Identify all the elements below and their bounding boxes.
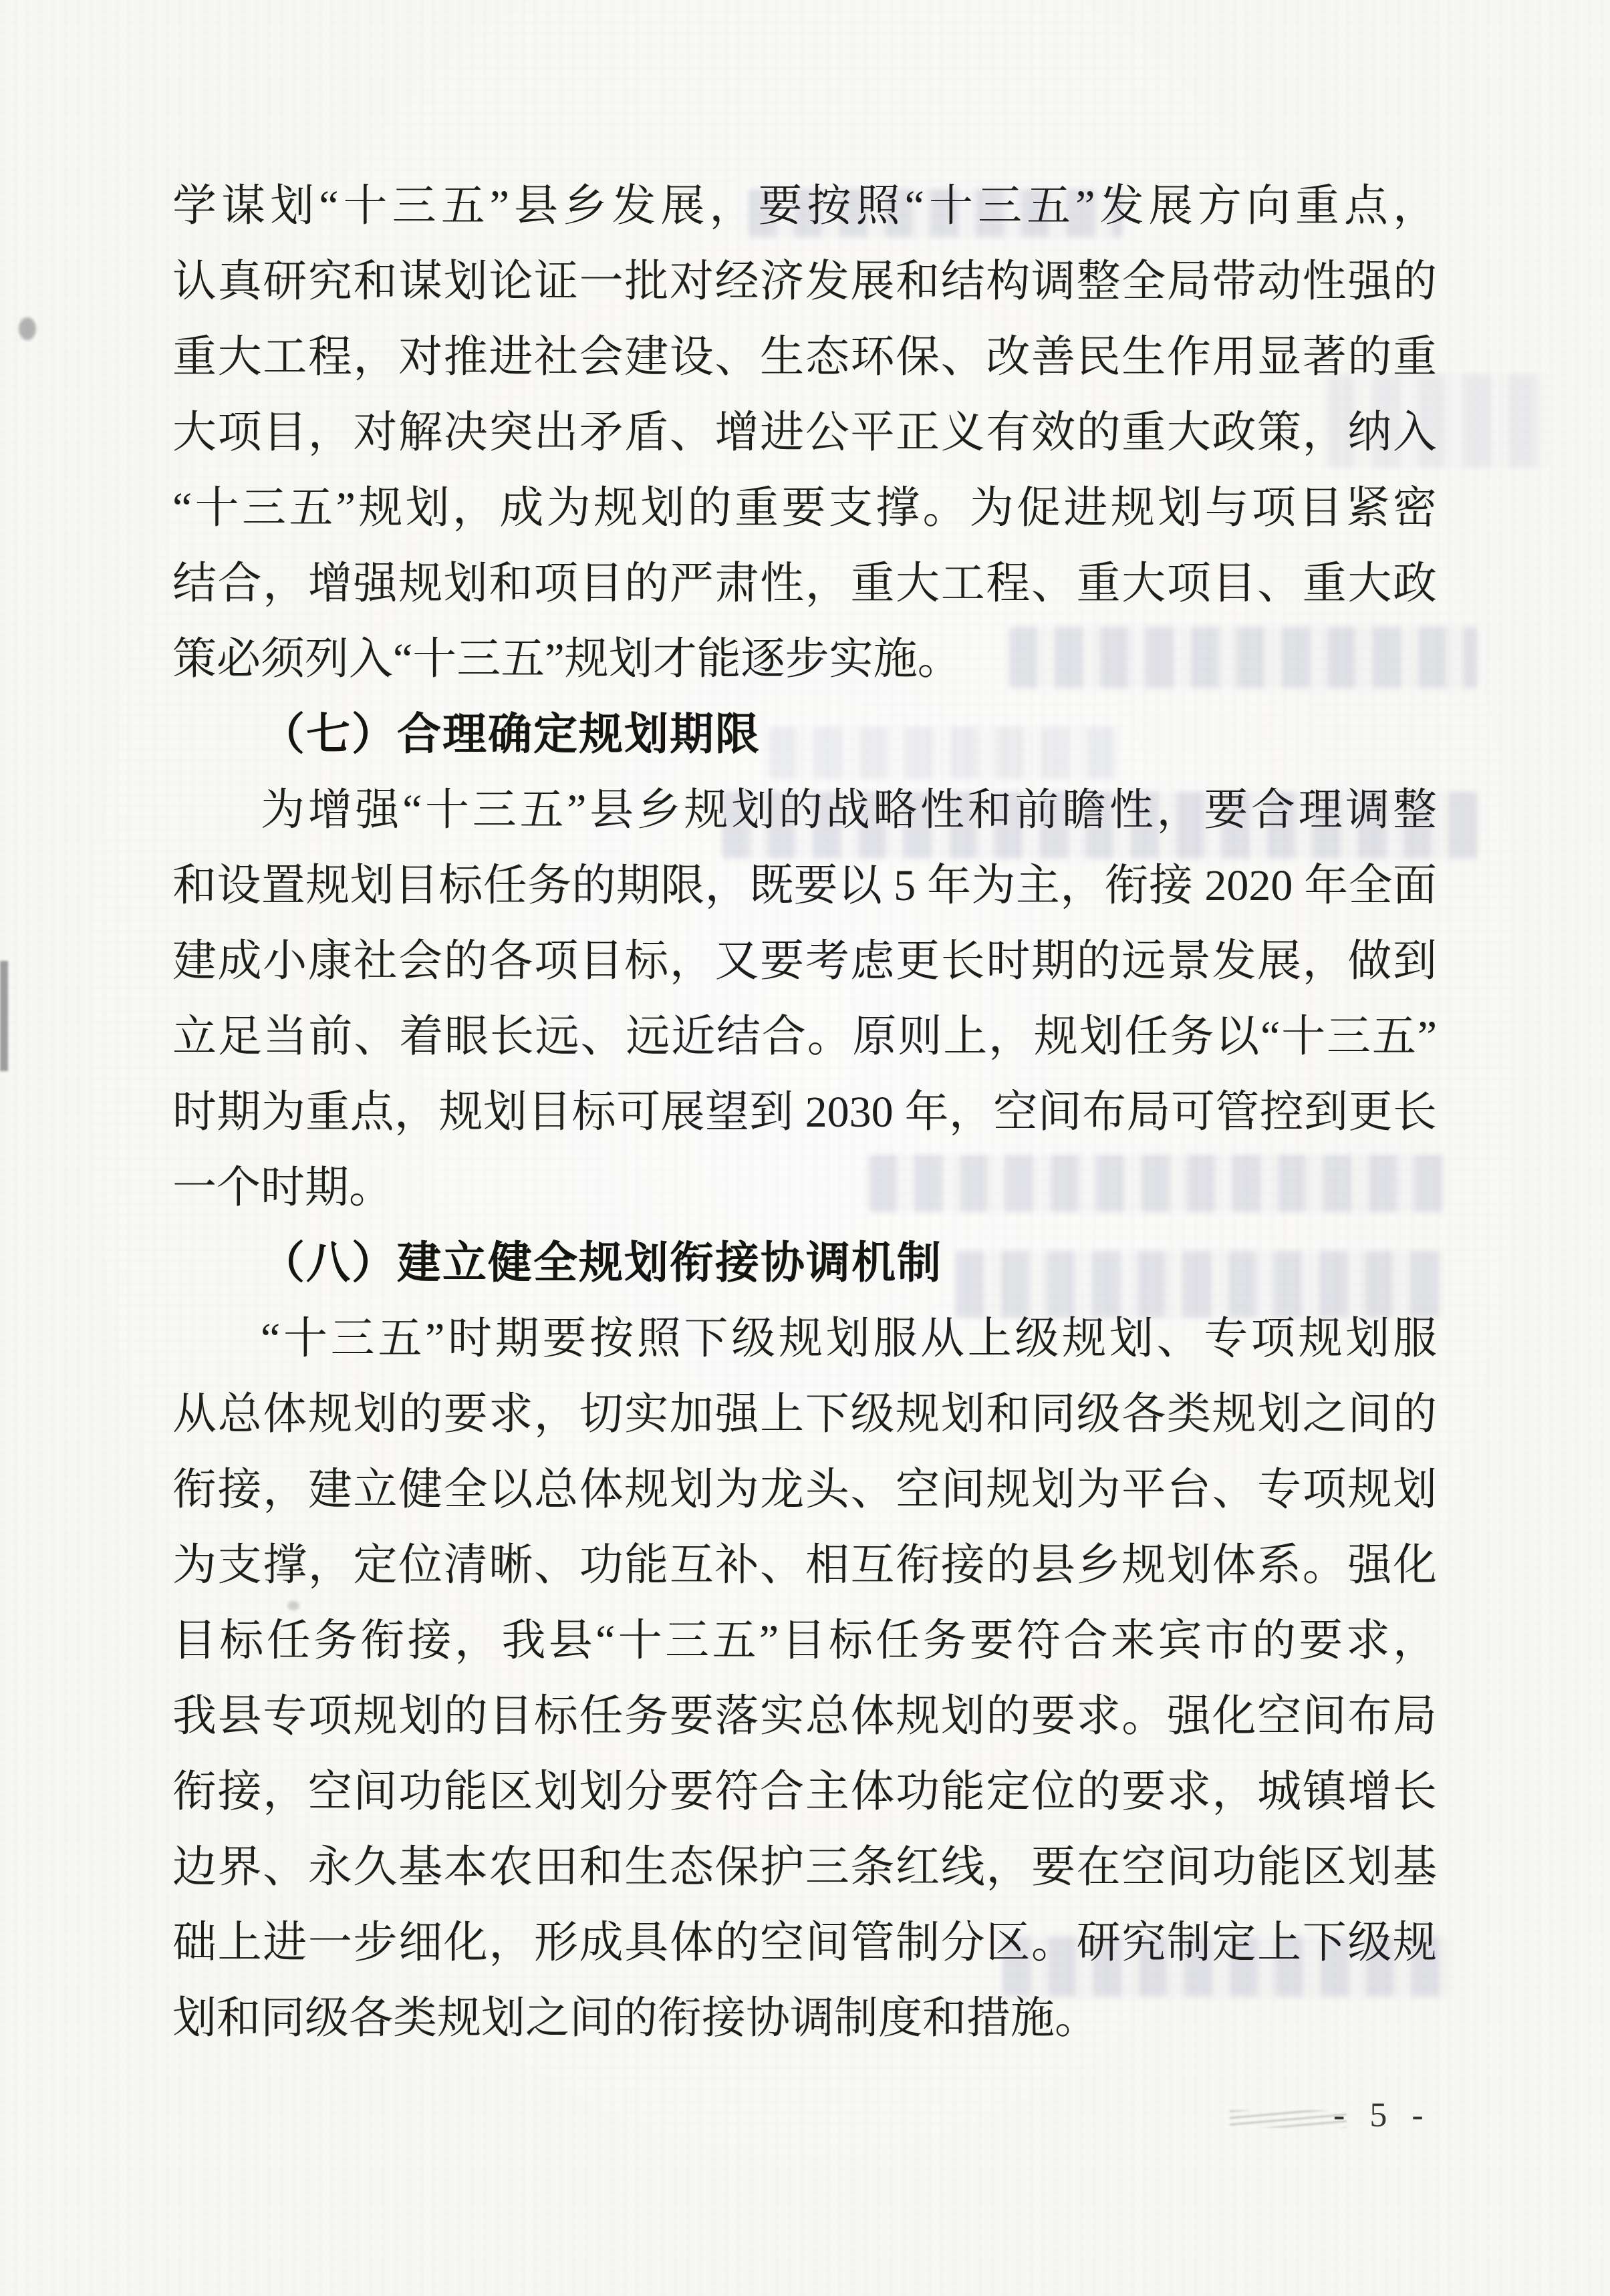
text-line: 础上进一步细化，形成具体的空间管制分区。研究制定上下级规 (172, 1905, 1437, 1981)
text-line: 边界、永久基本农田和生态保护三条红线，要在空间功能区划基 (172, 1830, 1437, 1905)
text-line: 目标任务衔接，我县“十三五”目标任务要符合来宾市的要求， (172, 1603, 1437, 1679)
body-text: 学谋划“十三五”县乡发展，要按照“十三五”发展方向重点， 认真研究和谋划论证一批… (172, 168, 1437, 2056)
text-line: 学谋划“十三五”县乡发展，要按照“十三五”发展方向重点， (172, 168, 1437, 244)
text-line: 和设置规划目标任务的期限，既要以 5 年为主，衔接 2020 年全面 (172, 848, 1437, 923)
section-heading: （七）合理确定规划期限 (172, 697, 1437, 772)
text-line: 重大工程，对推进社会建设、生态环保、改善民生作用显著的重 (172, 319, 1437, 395)
text-line: 结合，增强规划和项目的严肃性，重大工程、重大项目、重大政 (172, 546, 1437, 621)
text-line: 从总体规划的要求，切实加强上下级规划和同级各类规划之间的 (172, 1377, 1437, 1452)
text-line: 为支撑，定位清晰、功能互补、相互衔接的县乡规划体系。强化 (172, 1528, 1437, 1603)
text-line: 衔接，建立健全以总体规划为龙头、空间规划为平台、专项规划 (172, 1452, 1437, 1528)
text-line: 建成小康社会的各项目标，又要考虑更长时期的远景发展，做到 (172, 923, 1437, 999)
pencil-scribble (1230, 2110, 1347, 2128)
text-line: 认真研究和谋划论证一批对经济发展和结构调整全局带动性强的 (172, 244, 1437, 319)
smudge (19, 317, 36, 340)
text-line: 时期为重点，规划目标可展望到 2030 年，空间布局可管控到更长 (172, 1074, 1437, 1150)
text-line: 大项目，对解决突出矛盾、增进公平正义有效的重大政策，纳入 (172, 395, 1437, 470)
text-line: 划和同级各类规划之间的衔接协调制度和措施。 (172, 1981, 1437, 2056)
text-line: 为增强“十三五”县乡规划的战略性和前瞻性，要合理调整 (172, 772, 1437, 848)
text-line: 衔接，空间功能区划划分要符合主体功能定位的要求，城镇增长 (172, 1754, 1437, 1830)
page-number: - 5 - (1333, 2096, 1432, 2136)
text-line: “十三五”时期要按照下级规划服从上级规划、专项规划服 (172, 1301, 1437, 1377)
edge-mark (0, 961, 8, 1071)
text-line: 我县专项规划的目标任务要落实总体规划的要求。强化空间布局 (172, 1679, 1437, 1754)
text-line: 立足当前、着眼长远、远近结合。原则上，规划任务以“十三五” (172, 999, 1437, 1074)
text-line: 策必须列入“十三五”规划才能逐步实施。 (172, 621, 1437, 697)
text-line: “十三五”规划，成为规划的重要支撑。为促进规划与项目紧密 (172, 470, 1437, 546)
text-line: 一个时期。 (172, 1150, 1437, 1226)
document-page: 学谋划“十三五”县乡发展，要按照“十三五”发展方向重点， 认真研究和谋划论证一批… (0, 0, 1610, 2296)
section-heading: （八）建立健全规划衔接协调机制 (172, 1226, 1437, 1301)
